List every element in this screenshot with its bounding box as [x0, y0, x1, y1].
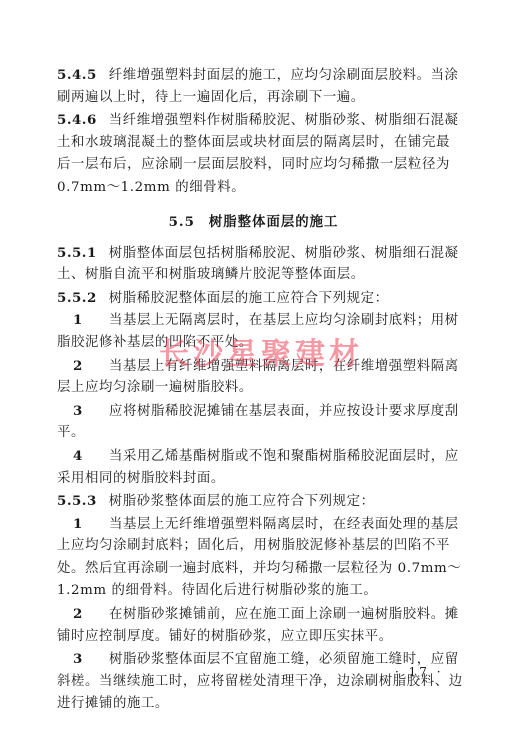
clause-text-line: 土和水玻璃混凝土的整体面层或块材面层的隔离层时，在铺完最: [57, 132, 450, 155]
item-text: 当采用乙烯基酯树脂或不饱和聚酯树脂稀胶泥面层时，应: [109, 449, 459, 464]
clause-5-4-6: 5.4.6当纤维增强塑料作树脂稀胶泥、树脂砂浆、树脂细石混凝: [57, 109, 450, 132]
clause-text-line: 刷两遍以上时，待上一遍固化后，再涂刷下一遍。: [57, 87, 450, 110]
clause-text-line: 1.2mm 的细骨料。待固化后进行树脂砂浆的施工。: [57, 580, 450, 603]
clause-5-5-3: 5.5.3树脂砂浆整体面层的施工应符合下列规定：: [57, 490, 450, 513]
clause-5-5-2: 5.5.2树脂稀胶泥整体面层的施工应符合下列规定：: [57, 287, 450, 310]
item-text: 当基层上无隔离层时，在基层上应均匀涂刷封底料；用树: [109, 313, 459, 328]
list-item-3: 3树脂砂浆整体面层不宜留施工缝，必须留施工缝时，应留: [57, 648, 450, 671]
clause-text: 当纤维增强塑料作树脂稀胶泥、树脂砂浆、树脂细石混凝: [109, 113, 459, 128]
clause-number: 5.4.5: [57, 67, 97, 83]
item-text: 当基层上无纤维增强塑料隔离层时，在经表面处理的基层: [109, 517, 459, 532]
clause-number: 5.5.3: [57, 493, 97, 509]
item-number: 3: [73, 400, 103, 423]
list-item-2: 2在树脂砂浆摊铺前，应在施工面上涂刷一遍树脂胶料。摊: [57, 603, 450, 626]
clause-text-line: 采用相同的树脂胶料封面。: [57, 468, 450, 491]
clause-text-line: 处。然后宜再涂刷一遍封底料，并均匀稀撒一层粒径为 0.7mm～: [57, 558, 450, 581]
clause-text-line: 土、树脂自流平和树脂玻璃鳞片胶泥等整体面层。: [57, 264, 450, 287]
clause-text-line: 斜槎。当继续施工时，应将留槎处清理干净，边涂刷树脂胶料、边: [57, 671, 450, 694]
clause-text: 树脂整体面层包括树脂稀胶泥、树脂砂浆、树脂细石混凝: [109, 246, 459, 261]
clause-text: 树脂砂浆整体面层的施工应符合下列规定：: [109, 494, 375, 509]
clause-text: 树脂稀胶泥整体面层的施工应符合下列规定：: [109, 291, 389, 306]
clause-text-line: 上应均匀涂刷封底料；固化后，用树脂胶泥修补基层的凹陷不平: [57, 535, 450, 558]
clause-number: 5.4.6: [57, 112, 97, 128]
clause-text-line: 后一层布后，应涂刷一层面层胶料，同时应均匀稀撒一层粒径为: [57, 154, 450, 177]
clause-5-5-1: 5.5.1树脂整体面层包括树脂稀胶泥、树脂砂浆、树脂细石混凝: [57, 242, 450, 265]
clause-text: 纤维增强塑料封面层的施工，应均匀涂刷面层胶料。当涂: [109, 68, 459, 83]
clause-text-line: 铺时应控制厚度。铺好的树脂砂浆，应立即压实抹平。: [57, 626, 450, 649]
clause-text-line: 进行摊铺的施工。: [57, 693, 450, 716]
section-heading: 5.5树脂整体面层的施工: [57, 204, 450, 240]
item-text: 当基层上有纤维增强塑料隔离层时，在纤维增强塑料隔离: [109, 359, 459, 374]
item-number: 1: [73, 513, 103, 536]
clause-text-line: 0.7mm～1.2mm 的细骨料。: [57, 177, 450, 200]
list-item-2: 2当基层上有纤维增强塑料隔离层时，在纤维增强塑料隔离: [57, 355, 450, 378]
section-title: 树脂整体面层的施工: [209, 214, 339, 230]
item-number: 2: [73, 355, 103, 378]
list-item-4: 4当采用乙烯基酯树脂或不饱和聚酯树脂稀胶泥面层时，应: [57, 445, 450, 468]
page-number: · 17 ·: [395, 665, 444, 679]
list-item-1: 1当基层上无隔离层时，在基层上应均匀涂刷封底料；用树: [57, 309, 450, 332]
item-text: 应将树脂稀胶泥摊铺在基层表面，并应按设计要求厚度刮: [109, 404, 459, 419]
list-item-3: 3应将树脂稀胶泥摊铺在基层表面，并应按设计要求厚度刮: [57, 400, 450, 423]
section-number: 5.5: [169, 214, 195, 230]
item-text: 在树脂砂浆摊铺前，应在施工面上涂刷一遍树脂胶料。摊: [109, 607, 459, 622]
clause-number: 5.5.1: [57, 245, 97, 261]
list-item-1: 1当基层上无纤维增强塑料隔离层时，在经表面处理的基层: [57, 513, 450, 536]
clause-number: 5.5.2: [57, 290, 97, 306]
item-number: 1: [73, 309, 103, 332]
item-number: 2: [73, 603, 103, 626]
item-number: 4: [73, 445, 103, 468]
clause-text-line: 平。: [57, 422, 450, 445]
document-page: 5.4.5纤维增强塑料封面层的施工，应均匀涂刷面层胶料。当涂 刷两遍以上时，待上…: [57, 64, 450, 716]
clause-5-4-5: 5.4.5纤维增强塑料封面层的施工，应均匀涂刷面层胶料。当涂: [57, 64, 450, 87]
clause-text-line: 层上应均匀涂刷一遍树脂胶料。: [57, 377, 450, 400]
item-number: 3: [73, 648, 103, 671]
clause-text-line: 脂胶泥修补基层的凹陷不平处。: [57, 332, 450, 355]
